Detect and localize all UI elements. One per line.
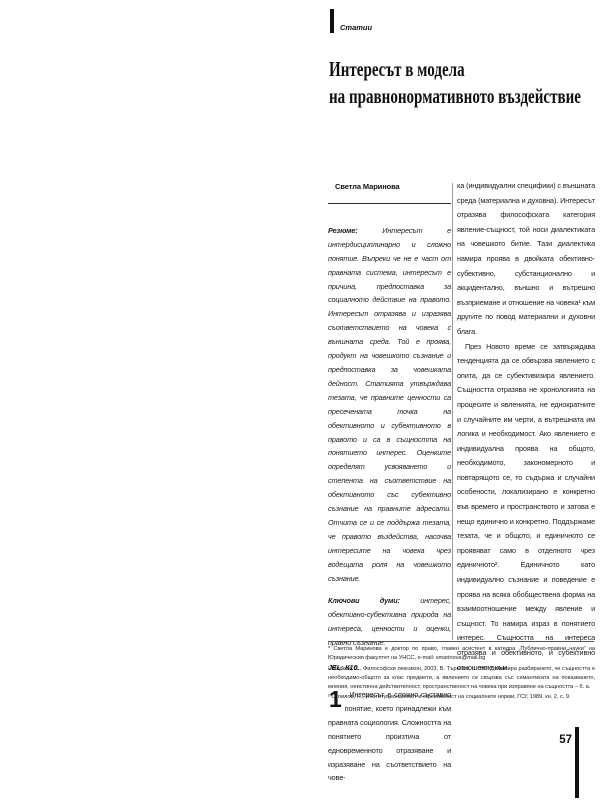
kicker-label: Статии (340, 23, 372, 32)
footnotes: * Светла Маринова е доктор по право, гла… (328, 645, 595, 704)
author-rule (328, 203, 451, 204)
title-line-1: Интересът в модела (329, 56, 581, 83)
journal-page: Статии Интересът в модела на правнонорма… (0, 0, 600, 800)
right-column-paragraph-1: ка (индивидуални специфики) с външната с… (457, 179, 595, 340)
kicker-bar (330, 9, 334, 33)
footer-bar (575, 727, 579, 798)
abstract-text: Интересът е интердисциплинарно и сложно … (328, 226, 451, 583)
article-title: Интересът в модела на правнонормативното… (329, 56, 581, 109)
keywords-label: Ключови думи: (328, 596, 400, 605)
column-divider (452, 183, 453, 640)
author-name: Светла Маринова (328, 180, 451, 194)
right-column: ка (индивидуални специфики) с външната с… (457, 179, 595, 675)
title-line-2: на правнонормативното въздействие (329, 83, 581, 110)
abstract-paragraph: Резюме: Интересът е интердисциплинарно и… (328, 224, 451, 586)
footnote-2: ² Стоилов, Я., Институционалност и ефект… (328, 693, 595, 702)
page-number: 57 (552, 734, 572, 746)
footnote-rule (328, 641, 594, 642)
footnote-author: * Светла Маринова е доктор по право, гла… (328, 645, 595, 664)
abstract-label: Резюме: (328, 226, 358, 235)
right-column-paragraph-2: През Новото време се затвърждава тенденц… (457, 340, 595, 676)
section-1-text: . Интересът е сложно съставно понятие, к… (328, 690, 451, 782)
footnote-1: ¹ Марков, С., Философски лексикон, 2003,… (328, 665, 595, 693)
